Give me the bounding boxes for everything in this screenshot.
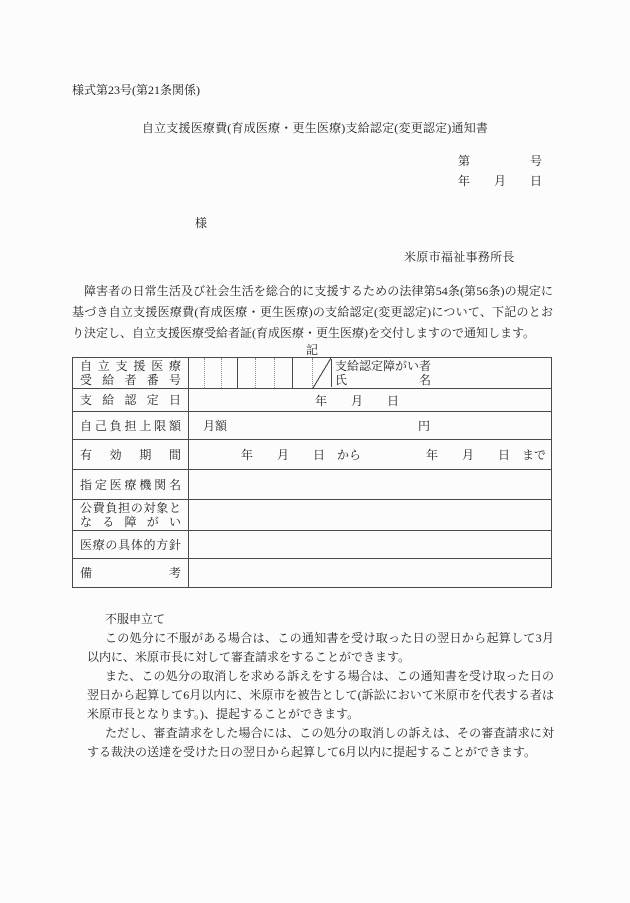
addressee-suffix: 様 [195,214,207,231]
appeal-paragraph: また、この処分の取消しを求める訴えをする場合は、この通知書を受け取った日の翌日か… [72,667,554,724]
copayment-limit-value-cell: 月額 円 [189,412,551,439]
appeal-paragraph: ただし、審査請求をした場合には、この処分の取消しの訴えは、その審査請求に対する裁… [72,724,554,762]
treatment-policy-value-cell [189,531,551,558]
table-row-medical-institution: 指定医療機関名 [73,469,551,499]
number-box-group-1 [189,358,238,388]
remarks-value-cell [189,559,551,587]
number-box [274,358,292,388]
valid-period-label: 有効期間 [73,440,189,469]
page-title: 自立支援医療費(育成医療・更生医療)支給認定(変更認定)通知書 [0,119,630,136]
date-month-label: 月 [494,171,506,191]
sender-title: 米原市福祉事務所長 [404,248,515,265]
number-box [293,358,312,388]
number-box-strip [189,358,331,388]
number-box [255,358,273,388]
diagonal-slash-cell [312,358,332,388]
number-box-group-3 [293,358,331,388]
number-box [221,358,237,388]
number-box [189,358,204,388]
table-row-recipient-number: 自立支援医療 受給者番号 [73,358,551,388]
doc-number-suffix: 号 [530,151,542,171]
valid-period-value-cell: 年 月 日 から 年 月 日 まで [189,440,551,469]
treatment-policy-label: 医療の具体的方針 [73,531,189,558]
certification-date-value-cell: 年 月 日 [189,389,551,411]
appeal-paragraph: この処分に不服がある場合は、この通知書を受け取った日の翌日から起算して3月以内に… [72,629,554,667]
record-marker: 記 [72,341,552,358]
appeal-heading: 不服申立て [72,610,554,629]
issue-date-line: 年 月 日 [458,171,542,191]
table-row-certification-date: 支給認定日 年 月 日 [73,388,551,411]
recipient-number-label: 自立支援医療 受給者番号 [73,358,189,388]
yen-suffix: 円 [418,417,430,434]
table-row-remarks: 備考 [73,558,551,587]
number-box-group-2 [238,358,293,388]
doc-number-prefix: 第 [458,151,470,171]
notice-table: 自立支援医療 受給者番号 [72,357,552,588]
monthly-amount-prefix: 月額 [203,417,227,434]
table-row-copayment-limit: 自己負担上限額 月額 円 [73,411,551,439]
covered-disability-label: 公費負担の対象と なる障がい [73,500,189,530]
table-row-covered-disability: 公費負担の対象と なる障がい [73,499,551,530]
covered-disability-value-cell [189,500,551,530]
number-box [204,358,220,388]
period-from: 年 月 日 から [241,446,361,463]
copayment-limit-label: 自己負担上限額 [73,412,189,439]
certified-person-name-label: 支給認定障がい者 氏名 [331,359,434,387]
table-row-treatment-policy: 医療の具体的方針 [73,530,551,558]
date-day-label: 日 [530,171,542,191]
form-number: 様式第23号(第21条関係) [72,81,200,98]
body-paragraph: 障害者の日常生活及び社会生活を総合的に支援するための法律第54条(第56条)の規… [72,281,553,344]
date-year-label: 年 [458,171,470,191]
table-row-valid-period: 有効期間 年 月 日 から 年 月 日 まで [73,439,551,469]
notification-document-page: 様式第23号(第21条関係) 自立支援医療費(育成医療・更生医療)支給認定(変更… [0,0,630,903]
medical-institution-value-cell [189,470,551,499]
recipient-number-cells: 支給認定障がい者 氏名 [189,358,551,388]
doc-number-line: 第 号 [458,151,542,171]
remarks-label: 備考 [73,559,189,587]
doc-number-date-block: 第 号 年 月 日 [458,151,542,191]
appeal-section: 不服申立て この処分に不服がある場合は、この通知書を受け取った日の翌日から起算し… [72,610,554,762]
certification-date-label: 支給認定日 [73,389,189,411]
medical-institution-label: 指定医療機関名 [73,470,189,499]
period-to: 年 月 日 まで [426,446,546,463]
number-box [238,358,255,388]
